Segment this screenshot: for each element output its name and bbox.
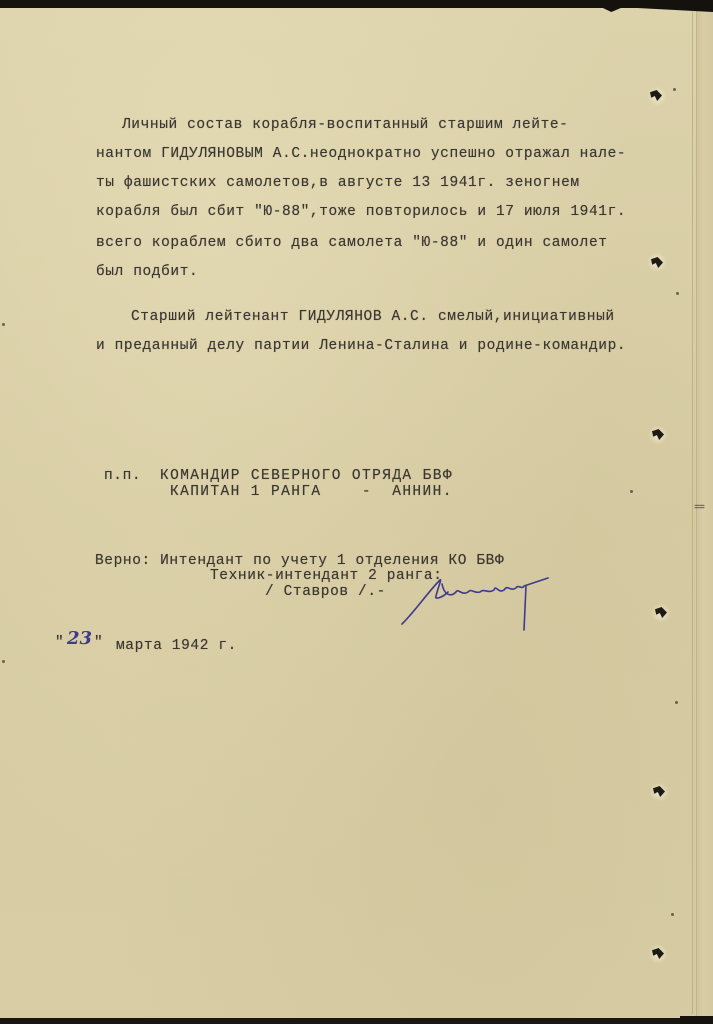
text-line: ты фашистских самолетов,в августе 13 194…	[96, 175, 580, 191]
text-line: Старший лейтенант ГИДУЛЯНОВ А.С. смелый,…	[131, 309, 615, 325]
scan-border-bottom	[680, 1016, 713, 1024]
speck	[2, 323, 5, 326]
fold-line	[692, 10, 693, 1014]
speck	[671, 913, 674, 916]
speck	[2, 660, 5, 663]
speck	[673, 88, 676, 91]
margin-mark: ==	[694, 503, 704, 514]
text-line: всего кораблем сбито два самолета "Ю-88"…	[96, 235, 608, 251]
text-line: был подбит.	[96, 264, 198, 280]
commander-title: КОМАНДИР СЕВЕРНОГО ОТРЯДА БВФ	[160, 468, 453, 484]
certifier-name: / Ставров /.-	[265, 584, 386, 600]
handwritten-signature	[398, 570, 558, 636]
certification-line: Верно: Интендант по учету 1 отделения КО…	[95, 553, 504, 569]
pp-prefix: п.п.	[104, 468, 141, 484]
date-day-handwritten: 23	[67, 628, 92, 649]
date-month-year: марта 1942 г.	[116, 638, 237, 654]
speck	[675, 701, 678, 704]
speck	[630, 490, 633, 493]
speck	[676, 292, 679, 295]
text-line: корабля был сбит "Ю-88",тоже повторилось…	[96, 204, 626, 220]
text-line: Личный состав корабля-воспитанный старши…	[122, 117, 568, 133]
text-line: и преданный делу партии Ленина-Сталина и…	[96, 338, 626, 354]
commander-rank-name: КАПИТАН 1 РАНГА - АННИН.	[170, 484, 453, 500]
text-line: нантом ГИДУЛЯНОВЫМ А.С.неоднократно успе…	[96, 146, 626, 162]
date-open-quote: "	[55, 635, 64, 651]
date-close-quote: "	[94, 635, 103, 651]
